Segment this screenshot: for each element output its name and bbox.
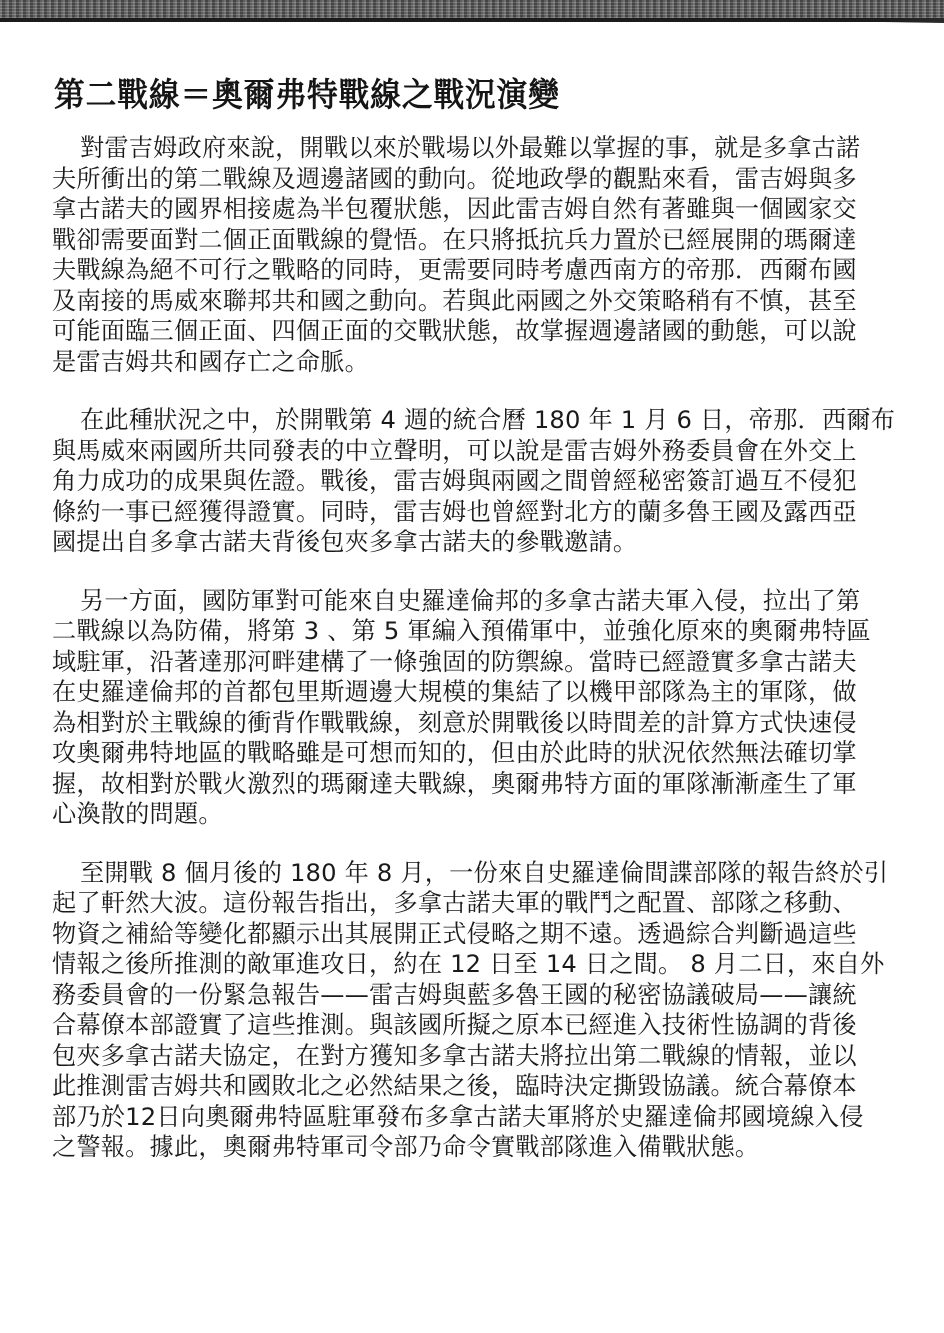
- text-line: 二戰線以為防備，將第 3 、第 5 軍編入預備軍中，並強化原來的奧爾弗特區: [52, 616, 868, 647]
- text-line: 合幕僚本部證實了這些推測。與該國所擬之原本已經進入技術性協調的背後: [52, 1010, 868, 1041]
- text-line: 物資之補給等變化都顯示出其展開正式侵略之期不遠。透過綜合判斷過這些: [52, 919, 868, 950]
- paragraph-3: 另一方面，國防軍對可能來自史羅達倫邦的多拿古諾夫軍入侵，拉出了第 二戰線以為防備…: [52, 586, 868, 830]
- text-line: 可能面臨三個正面、四個正面的交戰狀態，故掌握週邊諸國的動態，可以說: [52, 316, 868, 347]
- text-line: 夫戰線為絕不可行之戰略的同時，更需要同時考慮西南方的帝那．西爾布國: [52, 255, 868, 286]
- text-line: 攻奧爾弗特地區的戰略雖是可想而知的，但由於此時的狀況依然無法確切掌: [52, 738, 868, 769]
- text-line: 情報之後所推測的敵軍進攻日，約在 12 日至 14 日之間。 8 月二日，來自外: [52, 949, 868, 980]
- text-line: 與馬威來兩國所共同發表的中立聲明，可以說是雷吉姆外務委員會在外交上: [52, 436, 868, 467]
- scan-border-band: [0, 0, 944, 22]
- text-line: 之警報。據此，奧爾弗特軍司令部乃命令實戰部隊進入備戰狀態。: [52, 1132, 868, 1163]
- text-line: 在此種狀況之中，於開戰第 4 週的統合曆 180 年 1 月 6 日，帝那．西爾…: [52, 405, 868, 436]
- text-line: 國提出自多拿古諾夫背後包夾多拿古諾夫的參戰邀請。: [52, 527, 868, 558]
- text-line: 是雷吉姆共和國存亡之命脈。: [52, 347, 868, 378]
- text-line: 另一方面，國防軍對可能來自史羅達倫邦的多拿古諾夫軍入侵，拉出了第: [52, 586, 868, 617]
- text-line: 對雷吉姆政府來說，開戰以來於戰場以外最難以掌握的事，就是多拿古諾: [52, 133, 868, 164]
- text-line: 此推測雷吉姆共和國敗北之必然結果之後，臨時決定撕毀協議。統合幕僚本: [52, 1071, 868, 1102]
- text-line: 夫所衝出的第二戰線及週邊諸國的動向。從地政學的觀點來看，雷吉姆與多: [52, 164, 868, 195]
- text-line: 包夾多拿古諾夫協定，在對方獲知多拿古諾夫將拉出第二戰線的情報，並以: [52, 1041, 868, 1072]
- text-line: 務委員會的一份緊急報告——雷吉姆與藍多魯王國的秘密協議破局——讓統: [52, 980, 868, 1011]
- page-title: 第二戰線＝奧爾弗特戰線之戰況演變: [54, 75, 852, 115]
- text-line: 心渙散的問題。: [52, 799, 868, 830]
- scan-border-shadow: [884, 18, 944, 23]
- paragraph-2: 在此種狀況之中，於開戰第 4 週的統合曆 180 年 1 月 6 日，帝那．西爾…: [52, 405, 868, 558]
- text-line: 角力成功的成果與佐證。戰後，雷吉姆與兩國之間曾經秘密簽訂過互不侵犯: [52, 466, 868, 497]
- text-line: 及南接的馬威來聯邦共和國之動向。若與此兩國之外交策略稍有不慎，甚至: [52, 286, 868, 317]
- text-line: 握，故相對於戰火激烈的瑪爾達夫戰線，奧爾弗特方面的軍隊漸漸產生了軍: [52, 769, 868, 800]
- document-page: 第二戰線＝奧爾弗特戰線之戰況演變 對雷吉姆政府來說，開戰以來於戰場以外最難以掌握…: [52, 75, 912, 1191]
- paragraph-1: 對雷吉姆政府來說，開戰以來於戰場以外最難以掌握的事，就是多拿古諾 夫所衝出的第二…: [52, 133, 868, 377]
- text-line: 起了軒然大波。這份報告指出，多拿古諾夫軍的戰鬥之配置、部隊之移動、: [52, 888, 868, 919]
- text-line: 至開戰 8 個月後的 180 年 8 月，一份來自史羅達倫間諜部隊的報告終於引: [52, 858, 868, 889]
- text-line: 拿古諾夫的國界相接處為半包覆狀態，因此雷吉姆自然有著雖與一個國家交: [52, 194, 868, 225]
- text-line: 戰卻需要面對二個正面戰線的覺悟。在只將抵抗兵力置於已經展開的瑪爾達: [52, 225, 868, 256]
- paragraph-4: 至開戰 8 個月後的 180 年 8 月，一份來自史羅達倫間諜部隊的報告終於引 …: [52, 858, 868, 1163]
- text-line: 在史羅達倫邦的首都包里斯週邊大規模的集結了以機甲部隊為主的軍隊，做: [52, 677, 868, 708]
- text-line: 部乃於12日向奧爾弗特區駐軍發布多拿古諾夫軍將於史羅達倫邦國境線入侵: [52, 1102, 868, 1133]
- text-line: 為相對於主戰線的衝背作戰戰線，刻意於開戰後以時間差的計算方式快速侵: [52, 708, 868, 739]
- text-line: 域駐軍，沿著達那河畔建構了一條強固的防禦線。當時已經證實多拿古諾夫: [52, 647, 868, 678]
- text-line: 條約一事已經獲得證實。同時，雷吉姆也曾經對北方的蘭多魯王國及露西亞: [52, 497, 868, 528]
